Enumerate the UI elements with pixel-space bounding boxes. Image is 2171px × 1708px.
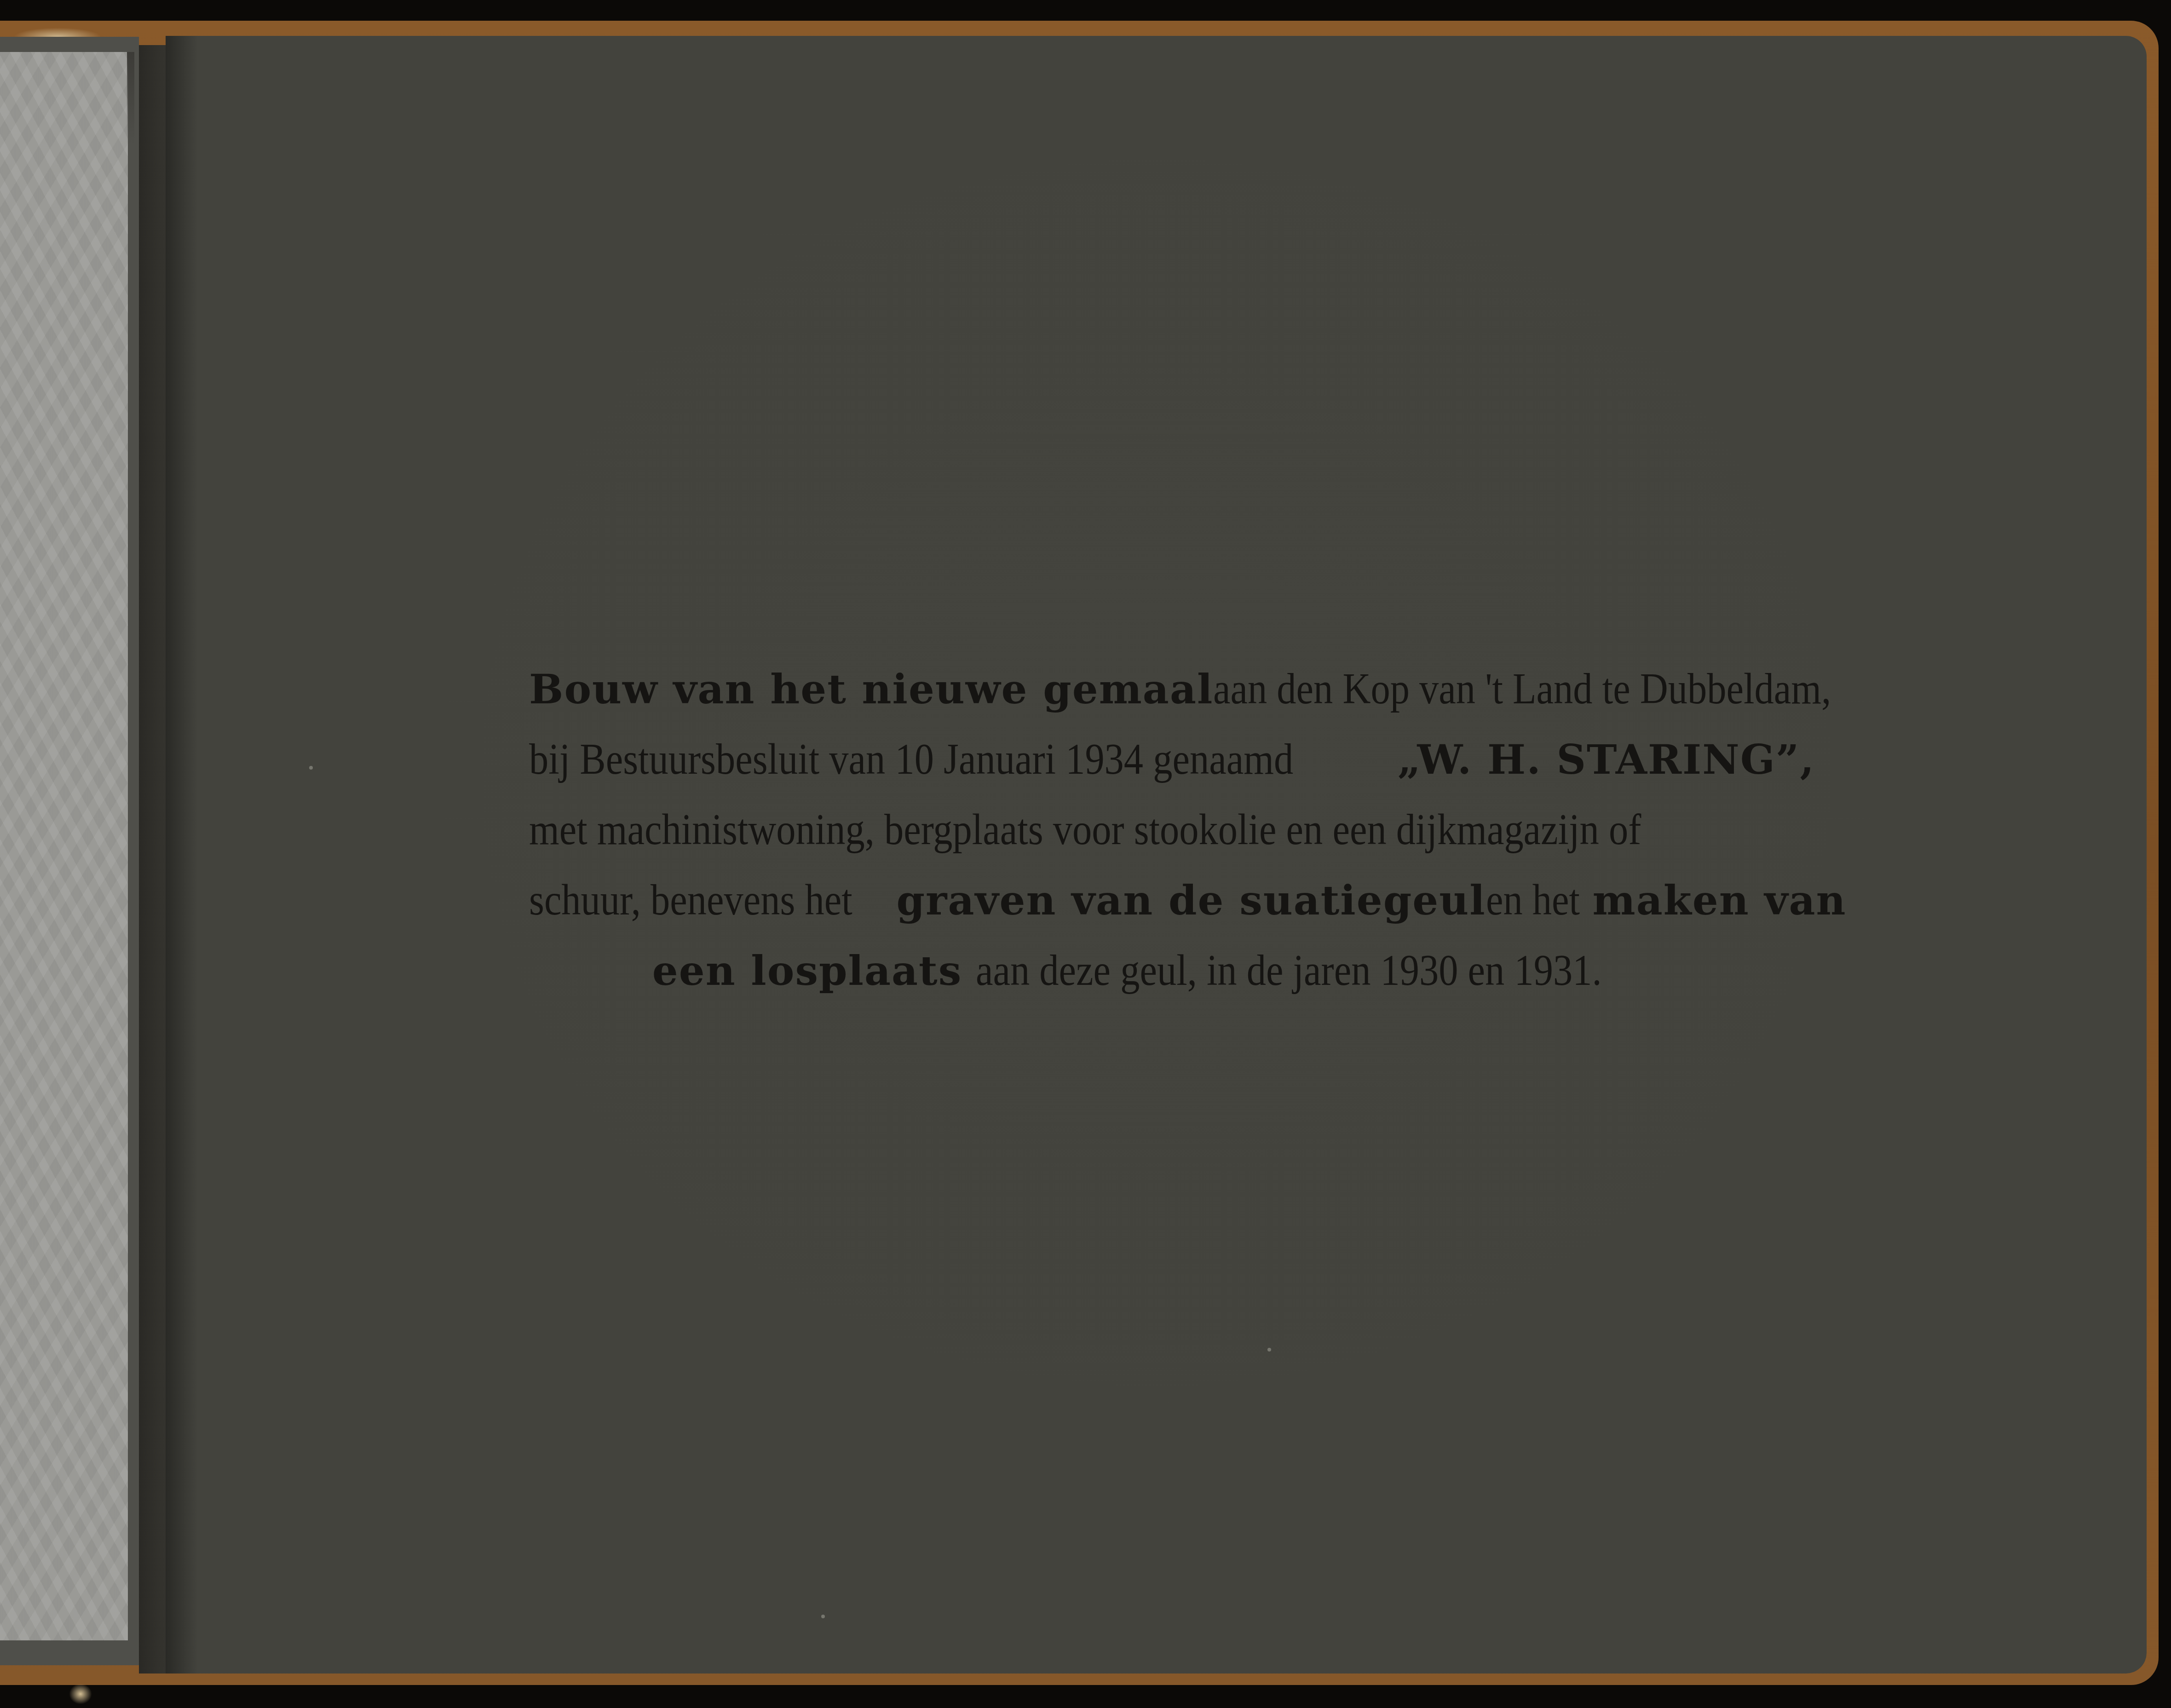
- title-text-block: Bouw van het nieuwe gemaal aan den Kop v…: [529, 653, 1810, 1005]
- paper-speck: [821, 1615, 825, 1618]
- endpaper-tear: [127, 52, 134, 144]
- text-buildings: met machinistwoning, bergplaats voor sto…: [529, 794, 1641, 864]
- text-line-3: met machinistwoning, bergplaats voor sto…: [529, 794, 1810, 864]
- spine-shadow: [166, 36, 198, 1673]
- text-location: aan den Kop van 't Land te Dubbeldam,: [1213, 653, 1831, 724]
- bold-losplaats: een losplaats: [652, 936, 962, 1006]
- paper-speck: [309, 766, 313, 770]
- text-decision: bij Bestuursbesluit van 10 Januari 1934 …: [529, 724, 1293, 794]
- text-en-het: en het: [1486, 864, 1580, 935]
- name-staring: „W. H. STARING”,: [1398, 725, 1815, 795]
- bold-maken: maken van: [1593, 865, 1847, 936]
- text-schuur: schuur, benevens het: [529, 864, 852, 935]
- text-line-1: Bouw van het nieuwe gemaal aan den Kop v…: [529, 653, 1810, 724]
- paper-speck: [1267, 1348, 1271, 1351]
- text-line-5: een losplaats aan deze geul, in de jaren…: [529, 935, 1810, 1005]
- text-line-4: schuur, benevens het graven van de suati…: [529, 864, 1810, 935]
- bold-graven: graven van de suatiegeul: [897, 865, 1486, 936]
- text-line-2: bij Bestuursbesluit van 10 Januari 1934 …: [529, 724, 1810, 794]
- text-years: aan deze geul, in de jaren 1930 en 1931.: [976, 935, 1602, 1005]
- left-endpaper: [0, 37, 139, 1665]
- marbled-endpaper-panel: [0, 52, 128, 1640]
- frayed-cloth-bottom: [69, 1684, 92, 1704]
- heading-bold-bouw: Bouw van het nieuwe gemaal: [529, 654, 1213, 725]
